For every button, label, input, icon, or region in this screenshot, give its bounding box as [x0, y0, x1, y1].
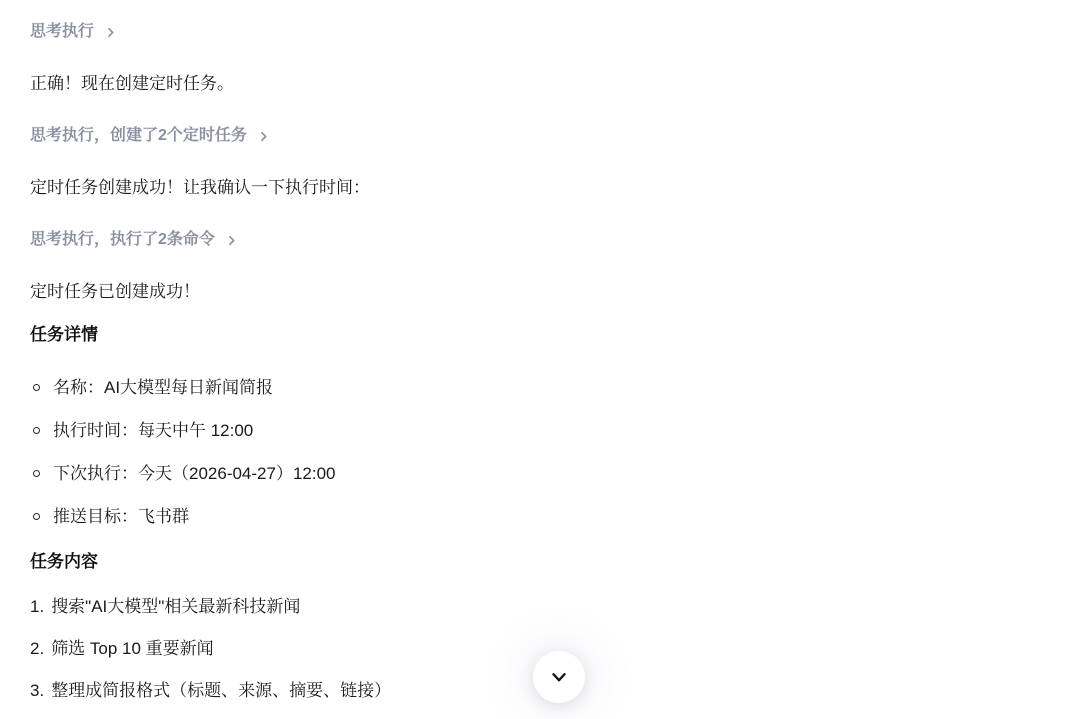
list-item: 1. 搜索"AI大模型"相关最新科技新闻	[30, 597, 1050, 617]
ordinal-marker: 1.	[30, 597, 44, 617]
task-details-list: 名称：AI大模型每日新闻简报 执行时间：每天中午 12:00 下次执行：今天（2…	[30, 378, 1050, 527]
list-item-text: 筛选 Top 10 重要新闻	[51, 639, 214, 659]
scroll-to-bottom-button[interactable]	[533, 651, 585, 703]
task-details-heading: 任务详情	[30, 325, 1050, 345]
circle-bullet-icon	[33, 427, 40, 434]
task-content-heading: 任务内容	[30, 552, 1050, 572]
assistant-text: 正确！现在创建定时任务。	[30, 74, 1050, 94]
list-item-text: 执行时间：每天中午 12:00	[53, 421, 253, 440]
list-item-text: 推送目标：飞书群	[53, 507, 189, 526]
circle-bullet-icon	[33, 470, 40, 477]
circle-bullet-icon	[33, 513, 40, 520]
ordinal-marker: 2.	[30, 639, 44, 659]
step-label: 思考执行，创建了2个定时任务	[30, 126, 247, 146]
assistant-text: 定时任务创建成功！让我确认一下执行时间：	[30, 178, 1050, 198]
list-item: 下次执行：今天（2026-04-27）12:00	[30, 464, 1050, 484]
assistant-text: 定时任务已创建成功！	[30, 282, 1050, 302]
chat-screen: 思考执行 正确！现在创建定时任务。 思考执行，创建了2个定时任务 定时任务创建成…	[0, 0, 1080, 719]
list-item: 名称：AI大模型每日新闻简报	[30, 378, 1050, 398]
list-item-text: 整理成简报格式（标题、来源、摘要、链接）	[51, 681, 391, 701]
list-item-text: 下次执行：今天（2026-04-27）12:00	[53, 464, 336, 483]
chevron-right-icon	[257, 130, 270, 143]
chevron-right-icon	[225, 234, 238, 247]
list-item: 2. 筛选 Top 10 重要新闻	[30, 639, 1050, 659]
chevron-right-icon	[104, 26, 117, 39]
circle-bullet-icon	[33, 384, 40, 391]
chevron-down-icon	[548, 666, 570, 688]
collapsed-step-think-execute-2[interactable]: 思考执行，创建了2个定时任务	[30, 126, 270, 146]
collapsed-step-think-execute-1[interactable]: 思考执行	[30, 22, 117, 42]
list-item-text: 搜索"AI大模型"相关最新科技新闻	[51, 597, 300, 617]
step-label: 思考执行	[30, 22, 94, 42]
step-label: 思考执行，执行了2条命令	[30, 230, 215, 250]
list-item-text: 名称：AI大模型每日新闻简报	[53, 378, 273, 397]
list-item: 推送目标：飞书群	[30, 507, 1050, 527]
collapsed-step-think-execute-3[interactable]: 思考执行，执行了2条命令	[30, 230, 238, 250]
assistant-message-body: 思考执行 正确！现在创建定时任务。 思考执行，创建了2个定时任务 定时任务创建成…	[30, 22, 1050, 719]
ordinal-marker: 3.	[30, 681, 44, 701]
list-item: 执行时间：每天中午 12:00	[30, 421, 1050, 441]
